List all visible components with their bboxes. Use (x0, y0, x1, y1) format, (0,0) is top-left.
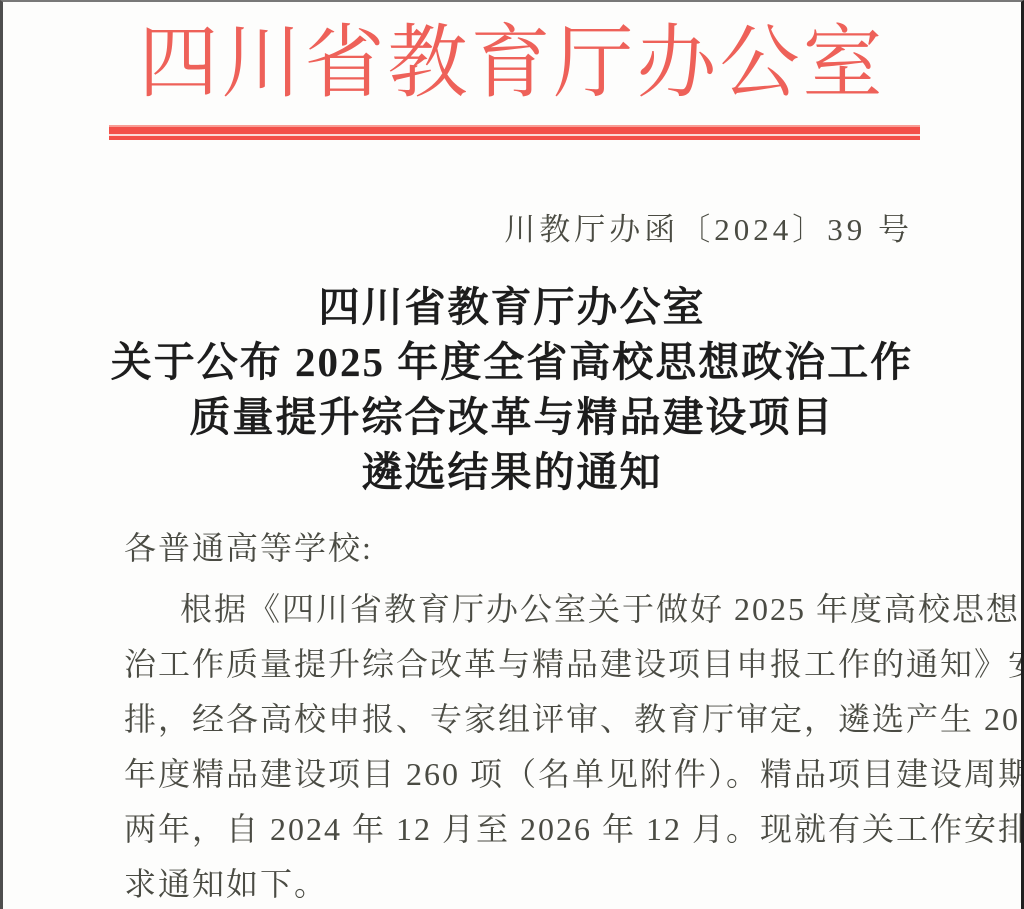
letterhead-rule (109, 125, 920, 141)
document-number: 川教厅办函〔2024〕39 号 (504, 204, 913, 249)
notice-title: 四川省教育厅办公室 关于公布 2025 年度全省高校思想政治工作 质量提升综合改… (3, 280, 1021, 500)
notice-title-line-4: 遴选结果的通知 (3, 445, 1021, 500)
paragraph-line-6: 求通知如下。 (124, 857, 937, 909)
paragraph-line-5: 两年，自 2024 年 12 月至 2026 年 12 月。现就有关工作安排和要 (124, 802, 937, 857)
paragraph-line-1: 根据《四川省教育厅办公室关于做好 2025 年度高校思想政 (124, 582, 937, 637)
notice-title-line-2: 关于公布 2025 年度全省高校思想政治工作 (3, 335, 1021, 390)
paragraph-line-2: 治工作质量提升综合改革与精品建设项目申报工作的通知》安 (124, 637, 937, 692)
paragraph-line-3: 排，经各高校申报、专家组评审、教育厅审定，遴选产生 2025 (124, 692, 937, 747)
body-paragraph: 根据《四川省教育厅办公室关于做好 2025 年度高校思想政 治工作质量提升综合改… (124, 582, 937, 909)
notice-body: 各普通高等学校: 根据《四川省教育厅办公室关于做好 2025 年度高校思想政 治… (124, 521, 937, 909)
paragraph-line-4: 年度精品建设项目 260 项（名单见附件）。精品项目建设周期为 (124, 747, 937, 802)
salutation: 各普通高等学校: (124, 521, 937, 576)
notice-title-line-3: 质量提升综合改革与精品建设项目 (3, 390, 1021, 445)
letterhead-title: 四川省教育厅办公室 (43, 16, 981, 112)
scanned-document-page: 四川省教育厅办公室 川教厅办函〔2024〕39 号 四川省教育厅办公室 关于公布… (0, 0, 1024, 909)
notice-title-line-1: 四川省教育厅办公室 (3, 280, 1021, 335)
